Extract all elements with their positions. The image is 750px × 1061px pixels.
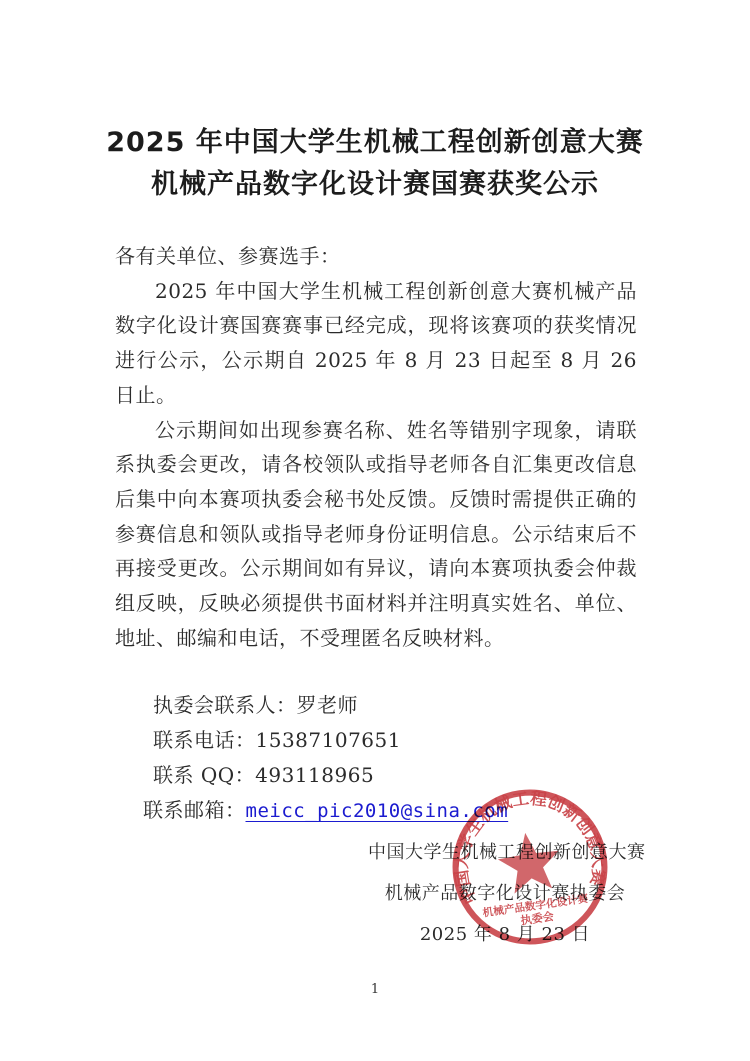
signature-org-line-1: 中国大学生机械工程创新创意大赛: [368, 832, 642, 873]
contact-qq-line: 联系 QQ：493118965: [115, 758, 637, 793]
contact-email-link[interactable]: meicc_pic2010@sina.com: [246, 800, 509, 822]
paragraph-feedback-rules: 公示期间如出现参赛名称、姓名等错别字现象，请联系执委会更改，请各校领队或指导老师…: [115, 413, 637, 656]
contact-person-label: 执委会联系人：: [153, 693, 297, 717]
signature-org-line-2: 机械产品数字化设计赛执委会: [368, 873, 642, 914]
signature-date: 2025 年 8 月 23 日: [368, 914, 642, 955]
contact-phone-label: 联系电话：: [153, 728, 256, 752]
contact-person-line: 执委会联系人：罗老师: [115, 688, 637, 723]
contact-person-value: 罗老师: [297, 693, 359, 717]
contact-phone-line: 联系电话：15387107651: [115, 723, 637, 758]
page-number: 1: [0, 982, 750, 997]
document-title: 2025 年中国大学生机械工程创新创意大赛 机械产品数字化设计赛国赛获奖公示: [0, 0, 750, 206]
document-body: 各有关单位、参赛选手： 2025 年中国大学生机械工程创新创意大赛机械产品数字化…: [115, 239, 637, 655]
contact-email-line: 联系邮箱：meicc_pic2010@sina.com: [115, 793, 637, 829]
paragraph-announcement: 2025 年中国大学生机械工程创新创意大赛机械产品数字化设计赛国赛赛事已经完成，…: [115, 274, 637, 413]
title-line-2: 机械产品数字化设计赛国赛获奖公示: [0, 164, 750, 206]
contact-phone-value: 15387107651: [256, 728, 401, 752]
contact-qq-label: 联系 QQ：: [153, 763, 255, 787]
announcement-page: 2025 年中国大学生机械工程创新创意大赛 机械产品数字化设计赛国赛获奖公示 各…: [0, 0, 750, 1061]
title-line-1: 2025 年中国大学生机械工程创新创意大赛: [0, 122, 750, 164]
contact-email-label: 联系邮箱：: [143, 798, 246, 822]
contact-qq-value: 493118965: [255, 763, 374, 787]
signature-block: 中国大学生机械工程创新创意大赛 机械产品数字化设计赛执委会 2025 年 8 月…: [368, 832, 642, 955]
contact-block: 执委会联系人：罗老师 联系电话：15387107651 联系 QQ：493118…: [115, 688, 637, 829]
salutation: 各有关单位、参赛选手：: [115, 239, 637, 274]
